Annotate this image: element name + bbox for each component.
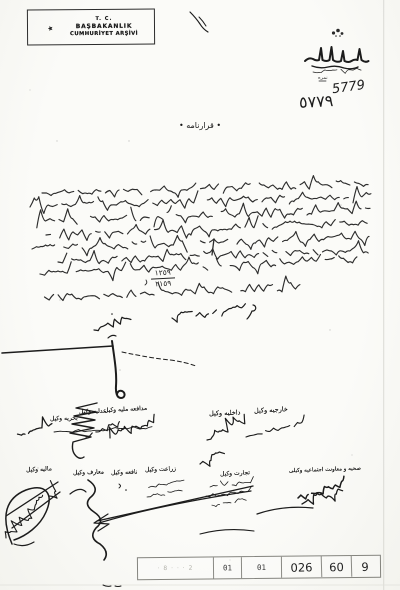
- title-ziraat-vekili: زراعت وكيل: [145, 465, 176, 473]
- catalog-code-strip: · 8 · · · 2 01 01 026 60 9: [137, 555, 381, 581]
- calligraphy-secondary: [312, 66, 358, 69]
- catalog-cell-01b: 01: [242, 557, 282, 578]
- decree-number-fraction: ١٢٥٩ ٢١٥٩: [151, 268, 176, 287]
- catalog-cell-faded: · 8 · · · 2: [138, 557, 214, 579]
- fraction-tick: [145, 280, 147, 285]
- catalog-cell-9: 9: [352, 556, 379, 578]
- scribble-above-ticaret: [200, 452, 224, 466]
- document-number-arabic: ٥٧٧٩: [299, 91, 334, 112]
- handwritten-body: [30, 176, 371, 301]
- signature-hariciye: [246, 415, 304, 437]
- title-nafia-vekili: نافعه وكيل: [111, 469, 138, 477]
- paraph-horizontal: [2, 346, 113, 353]
- catalog-cell-01a: 01: [214, 557, 242, 578]
- nafia-mark: [119, 484, 121, 488]
- fraction-top: ١٢٥٩: [151, 268, 175, 277]
- ziraat-notes: [149, 480, 184, 487]
- paraph-vertical: [112, 341, 125, 398]
- letterhead-calligraphy: [305, 29, 369, 81]
- title-bahriye-vekili: بحريه وكيل: [50, 415, 78, 423]
- title-adliye-vekili: عدليه وكيل: [79, 408, 107, 416]
- fraction-bottom: ٢١٥٩: [151, 279, 175, 288]
- title-maarif-vekili: معارف وكيل: [73, 468, 104, 476]
- crescent-star-icon: [31, 15, 57, 39]
- document-title: • قرارنامه •: [140, 121, 260, 130]
- signature-sihhiye: [298, 476, 344, 499]
- signature-word: [94, 317, 131, 330]
- title-dahiliye-vekili: داخليه وكيل: [209, 408, 241, 417]
- archive-stamp: T. C. BAŞBAKANLIK CUMHURİYET ARŞİVİ: [27, 9, 155, 46]
- calligraphy-main: [305, 47, 369, 62]
- catalog-cell-026: 026: [282, 556, 323, 578]
- handwritten-date: [172, 304, 256, 323]
- stamp-text: T. C. BAŞBAKANLIK CUMHURİYET ARŞİVİ: [57, 16, 154, 38]
- catalog-cell-60: 60: [322, 556, 353, 578]
- numara-label: نمره: [318, 75, 328, 81]
- pencil-mark: [190, 12, 208, 32]
- stamp-line-3: CUMHURİYET ARŞİVİ: [57, 30, 151, 38]
- paraph-dashed-flourish: [122, 352, 196, 366]
- signature-dahiliye: [207, 414, 245, 440]
- ticaret-notes: [210, 477, 253, 487]
- head-signature-paraph: [2, 313, 196, 398]
- signature-bahriye: [18, 417, 52, 435]
- document-page: T. C. BAŞBAKANLIK CUMHURİYET ARŞİVİ نمره…: [0, 0, 400, 590]
- title-maliye-vekili: ماليه وكيل: [26, 465, 52, 473]
